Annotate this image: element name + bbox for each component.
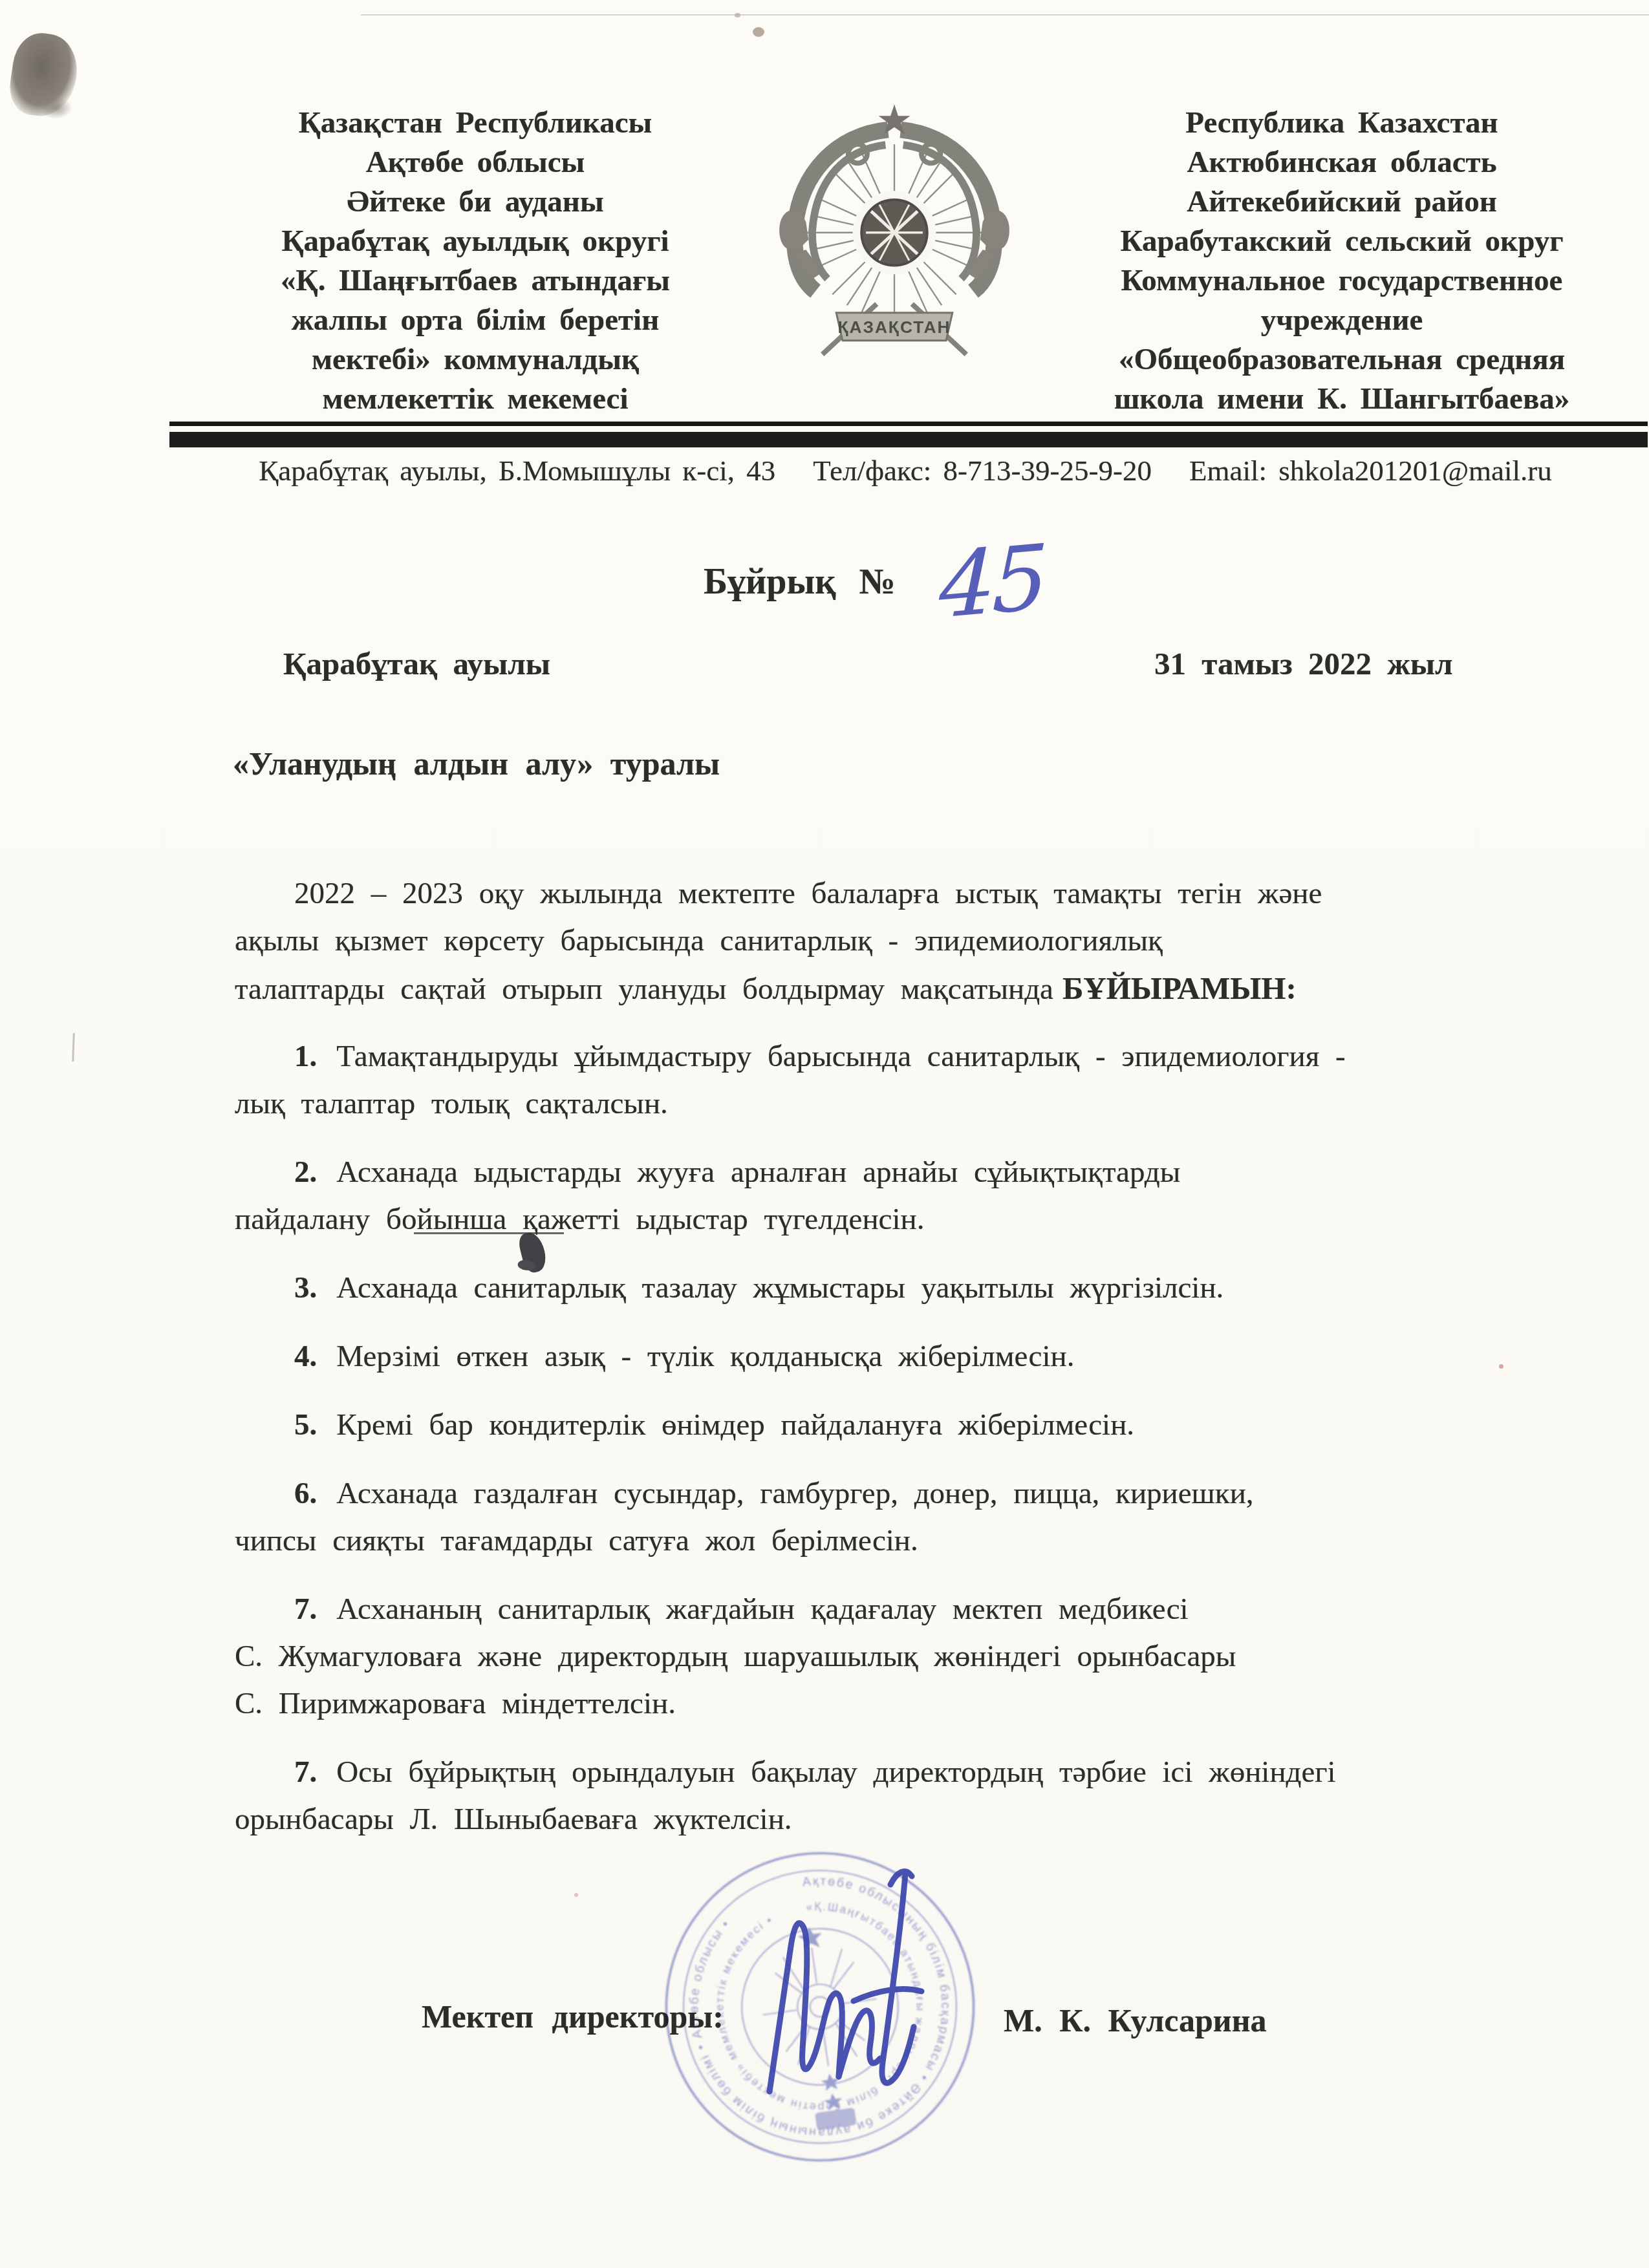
header-line: Ақтөбе облысы [213, 143, 737, 182]
header-line: Республика Казахстан [1051, 103, 1633, 143]
address-row: Қарабұтақ ауылы, Б.Момышұлы к-сі, 43 Тел… [175, 453, 1636, 489]
header-line: Қарабұтақ ауылдық округі [213, 222, 737, 261]
scan-speck [753, 27, 764, 37]
scan-tick-artifact [72, 1033, 75, 1062]
header-left-kazakh: Қазақстан РеспубликасыАқтөбе облысыӘйтек… [213, 103, 737, 419]
line-bold-text: БҰЙЫРАМЫН: [1062, 970, 1297, 1006]
order-date: 31 тамыз 2022 жыл [1154, 645, 1453, 682]
order-line: С. Пиримжароваға міндеттелсін. [235, 1680, 1599, 1728]
divider-rule-thin [169, 422, 1648, 426]
item-number: 7. [294, 1755, 317, 1789]
order-line: 5.Кремі бар кондитерлік өнімдер пайдалан… [235, 1402, 1599, 1449]
line-text: 2022 – 2023 оқу жылында мектепте балалар… [294, 877, 1322, 910]
line-text: Осы бұйрықтың орындалуын бақылау директо… [336, 1755, 1335, 1789]
line-text: талаптарды сақтай отырып улануды болдырм… [235, 972, 1053, 1006]
handwritten-signature-icon [708, 1836, 986, 2159]
kazakhstan-coat-of-arms-icon: /* rays generated below via JS clone-fre… [762, 87, 1027, 367]
header-line: жалпы орта білім беретін [213, 301, 737, 340]
header-line: «Общеобразовательная средняя [1051, 340, 1633, 380]
item-number: 3. [294, 1271, 317, 1305]
order-line: чипсы сияқты тағамдарды сатуға жол беріл… [235, 1517, 1599, 1565]
item-number: 7. [294, 1592, 317, 1626]
item-number: 6. [294, 1477, 317, 1510]
header-line: учреждение [1051, 301, 1633, 340]
header-line: Айтекебийский район [1051, 182, 1633, 222]
line-text: пайдалану бойынша қажетті ыдыстар түгелд… [235, 1203, 924, 1236]
item-number: 5. [294, 1408, 317, 1442]
divider-rule-thick [169, 432, 1648, 447]
phone-text: Тел/факс: 8-713-39-25-9-20 [813, 453, 1152, 489]
header-right-russian: Республика КазахстанАктюбинская областьА… [1051, 103, 1633, 419]
header-line: школа имени К. Шангытбаева» [1051, 380, 1633, 419]
header-line: Коммунальное государственное [1051, 261, 1633, 301]
order-number-handwritten: 45 [938, 522, 1082, 658]
header-line: мектебі» коммуналдық [213, 340, 737, 380]
document-page: Қазақстан РеспубликасыАқтөбе облысыӘйтек… [0, 0, 1649, 2268]
line-text: чипсы сияқты тағамдарды сатуға жол беріл… [235, 1524, 918, 1557]
order-line: 7.Осы бұйрықтың орындалуын бақылау дирек… [235, 1749, 1599, 1796]
header-line: Карабутакский сельский округ [1051, 222, 1633, 261]
item-number: 2. [294, 1155, 317, 1189]
order-line: 7.Асхананың санитарлық жағдайын қадағала… [235, 1586, 1599, 1633]
order-body: 2022 – 2023 оқу жылында мектепте балалар… [235, 870, 1599, 1843]
line-text: ақылы қызмет көрсету барысында санитарлы… [235, 924, 1163, 957]
line-text: Мерзімі өткен азық - түлік қолданысқа жі… [336, 1340, 1074, 1373]
signature-name: М. К. Кулсарина [1004, 2002, 1267, 2039]
item-number: 1. [294, 1040, 317, 1073]
order-place: Қарабұтақ ауылы [283, 645, 550, 682]
order-line: 4.Мерзімі өткен азық - түлік қолданысқа … [235, 1333, 1599, 1380]
line-text: Асханада ыдыстарды жууға арналған арнайы… [336, 1155, 1180, 1189]
order-line: С. Жумагуловаға және директордың шаруашы… [235, 1633, 1599, 1680]
order-line: 3.Асханада санитарлық тазалау жұмыстары … [235, 1265, 1599, 1312]
scan-speck [735, 13, 740, 17]
header-line: Қазақстан Республикасы [213, 103, 737, 143]
address-text: Қарабұтақ ауылы, Б.Момышұлы к-сі, 43 [259, 453, 775, 489]
line-text: Асханада санитарлық тазалау жұмыстары уа… [336, 1271, 1223, 1305]
order-line: пайдалану бойынша қажетті ыдыстар түгелд… [235, 1196, 1599, 1243]
email-text: Email: shkola201201@mail.ru [1189, 453, 1552, 489]
line-text: лық талаптар толық сақталсын. [235, 1087, 668, 1120]
order-line: 2022 – 2023 оқу жылында мектепте балалар… [235, 870, 1599, 917]
emblem-banner-text: ҚАЗАҚСТАН [837, 317, 951, 337]
order-line: лық талаптар толық сақталсын. [235, 1080, 1599, 1128]
order-line: 1.Тамақтандыруды ұйымдастыру барысында с… [235, 1033, 1599, 1080]
header-line: Актюбинская область [1051, 143, 1633, 182]
order-line: 2.Асханада ыдыстарды жууға арналған арна… [235, 1149, 1599, 1196]
line-text: Кремі бар кондитерлік өнімдер пайдалануғ… [336, 1408, 1134, 1442]
header-line: «Қ. Шаңғытбаев атындағы [213, 261, 737, 301]
order-line: 6.Асханада газдалған сусындар, гамбургер… [235, 1470, 1599, 1517]
order-line: ақылы қызмет көрсету барысында санитарлы… [235, 917, 1599, 965]
order-title: Бұйрық № [704, 561, 896, 603]
line-text: орынбасары Л. Шыныбаеваға жүктелсін. [235, 1803, 792, 1836]
item-number: 4. [294, 1340, 317, 1373]
line-text: Асханада газдалған сусындар, гамбургер, … [336, 1477, 1253, 1510]
line-text: Асхананың санитарлық жағдайын қадағалау … [336, 1592, 1188, 1626]
order-line: талаптарды сақтай отырып улануды болдырм… [235, 965, 1599, 1012]
line-text: С. Жумагуловаға және директордың шаруашы… [235, 1640, 1236, 1673]
line-text: Тамақтандыруды ұйымдастыру барысында сан… [336, 1040, 1346, 1073]
header-line: мемлекеттік мекемесі [213, 380, 737, 419]
header-line: Әйтеке би ауданы [213, 182, 737, 222]
scan-speck-red [574, 1893, 578, 1897]
scan-smudge-artifact-small [39, 97, 72, 119]
order-subject: «Уланудың алдын алу» туралы [233, 745, 720, 782]
scan-hairline-artifact [361, 14, 1649, 16]
line-text: С. Пиримжароваға міндеттелсін. [235, 1687, 676, 1720]
